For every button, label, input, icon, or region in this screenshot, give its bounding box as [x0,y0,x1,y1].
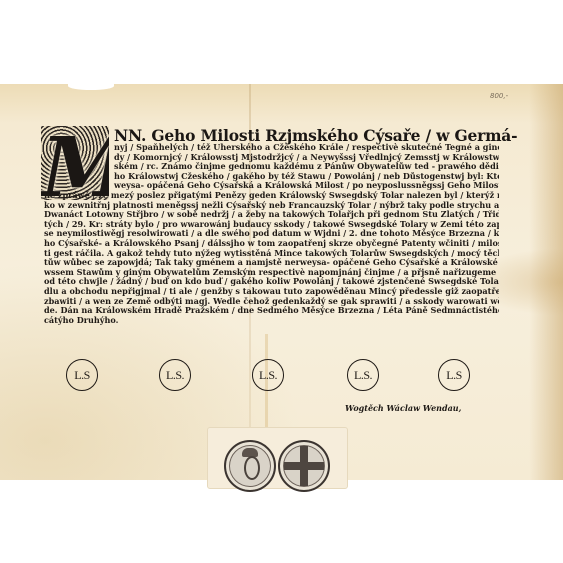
body-line: dy / Komornjcý / Králowsstj Mjstodržjcý … [44,153,499,163]
body-line: né zpráwě / že mezý poslez přigatými Pen… [44,191,499,201]
cross-icon [284,462,324,470]
body-line: ho Králowstwj Cžeského / gakého by též S… [44,172,499,182]
seal-stamp: L.S [438,359,470,391]
body-line: de. Dán na Králowském Hradě Pražském / d… [44,306,499,316]
body-line: cátýho Druhýho. [44,316,499,326]
signature: Wogtěch Wáclaw Wendau, [345,403,461,413]
body-line: dlu a obchodu nepřigjmal / ti ale / genž… [44,287,499,297]
body-line: ti gest ráčila. A gakož tehdy tuto nýžeg… [44,249,499,259]
body-line: wssem Stawům y giným Obywatelům Zemským … [44,268,499,278]
seal-stamp: L.S [66,359,98,391]
coin-reverse-image [278,440,330,492]
archive-number: 800,- [490,92,508,100]
body-line: weysa- opáčená Geho Cýsařská a Králowská… [44,181,499,191]
body-line: se neymilostiwěgj resolwirowati / a dle … [44,229,499,239]
seal-stamp: L.S. [159,359,191,391]
proclamation-body: nyj / Spaňhelých / též Uherského a Cžesk… [44,143,499,325]
document-page: 800,- M NN. Geho Milosti Rzjmského Cýsař… [0,84,563,480]
seal-stamp: L.S. [347,359,379,391]
coin-obverse-image [224,440,276,492]
body-line: ském / rc. Známo činjme gednomu každému … [44,162,499,172]
seal-stamp: L.S. [252,359,284,391]
body-line: od této chwjle / žádný / buď on kdo buď … [44,277,499,287]
body-line: ho Cýsařské- a Králowského Psanj / dálss… [44,239,499,249]
body-line: tých / 29. Kr: stráty bylo / pro wwarowá… [44,220,499,230]
body-line: nyj / Spaňhelých / též Uherského a Cžesk… [44,143,499,153]
body-line: Dwanáct Lotowny Střjbro / w sobě nedržj … [44,210,499,220]
torn-edge [68,82,114,90]
seal-row: L.S L.S. L.S. L.S. L.S [66,359,486,393]
body-line: ko w zewnitřnj platnosti meněgssj nežli … [44,201,499,211]
body-line: tůw wůbec se zapowjdá; Tak taky gménem a… [44,258,499,268]
body-line: zbawiti / a wen ze Země odbýti magj. Wed… [44,297,499,307]
monogram-icon [244,456,260,480]
coin-illustration-panel [207,427,348,489]
